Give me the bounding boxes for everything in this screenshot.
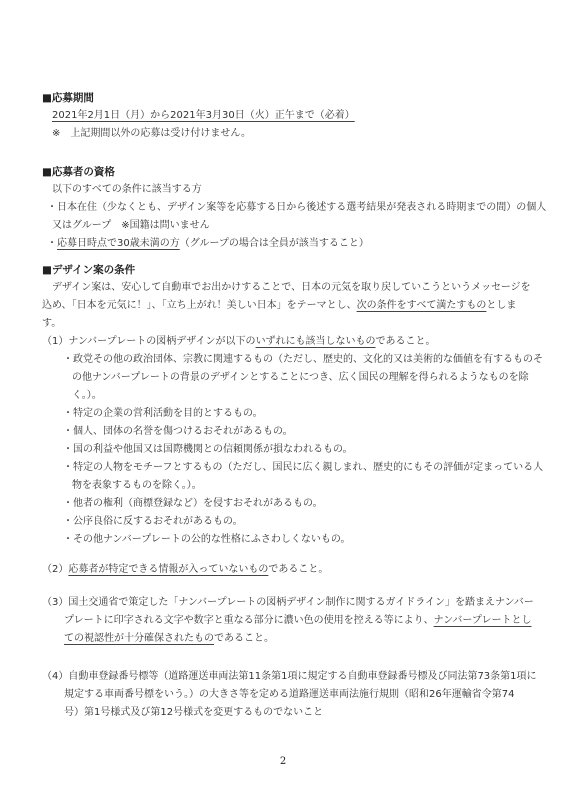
condition-3-pre: プレートに印字される文字や数字と重なる部分に濃い色の使用を控える等により、: [64, 615, 434, 626]
section-eligibility: ■応募者の資格 以下のすべての条件に該当する方 ・日本在住（少なくとも、デザイン…: [42, 163, 528, 253]
eligibility-bullet-line: ・応募日時点で30歳未満の方（グループの場合は全員が該当すること）: [42, 235, 528, 253]
condition-bullet-line: ・特定の人物をモチーフとするもの（ただし、国民に広く親しまれ、歴史的にもその評価…: [42, 459, 528, 477]
condition-bullet-line: ・個人、団体の名誉を傷つけるおそれがあるもの。: [42, 423, 528, 441]
condition-item-1: （1）ナンバープレートの図柄デザインが以下のいずれにも該当しないものであること。: [42, 333, 528, 351]
condition-item-4: （4）自動車登録番号標等（道路運送車両法第11条第1項に規定する自動車登録番号標…: [42, 668, 528, 722]
condition-3-continuation: ての視認性が十分確保されたものであること。: [42, 630, 528, 648]
eligibility-bullet-line: ・日本在住（少なくとも、デザイン案等を応募する日から後述する選考結果が発表される…: [42, 199, 528, 217]
condition-3-post: であること。: [214, 633, 274, 644]
condition-bullet-line: ・国の利益や他国又は国際機関との信頼関係が損なわれるもの。: [42, 441, 528, 459]
section-application-period: ■応募期間 2021年2月1日（月）から2021年3月30日（火）正午まで（必着…: [42, 89, 528, 143]
condition-1-pre: （1）ナンバープレートの図柄デザインが以下の: [42, 336, 256, 347]
design-paragraph-line: 込め、「日本を元気に！」、「立ち上がれ！美しい日本」をテーマとし、次の条件をすべ…: [42, 297, 528, 315]
condition-bullet-continuation: く。）。: [42, 387, 528, 405]
condition-bullet-continuation: 物を表象するものを除く。）。: [42, 477, 528, 495]
section-heading-eligibility: ■応募者の資格: [42, 163, 528, 181]
design-paragraph-post: としま: [486, 300, 516, 311]
eligibility-age-underlined: 応募日時点で30歳未満の方: [57, 238, 180, 249]
design-paragraph-line: す。: [42, 315, 528, 333]
eligibility-intro-line: 以下のすべての条件に該当する方: [42, 181, 528, 199]
eligibility-age-post: （グループの場合は全員が該当すること）: [180, 238, 369, 249]
design-paragraph-line: デザイン案は、安心して自動車でお出かけすることで、日本の元気を取り戻していこうと…: [42, 279, 528, 297]
condition-4-line: （4）自動車登録番号標等（道路運送車両法第11条第1項に規定する自動車登録番号標…: [42, 668, 528, 686]
condition-bullet-line: ・特定の企業の営利活動を目的とするもの。: [42, 405, 528, 423]
condition-3-underlined: ナンバープレートとし: [434, 615, 532, 626]
condition-bullet-continuation: の他ナンバープレートの背景のデザインとすることにつき、広く国民の理解を得られるよ…: [42, 369, 528, 387]
design-paragraph-pre: 込め、「日本を元気に！」、「立ち上がれ！美しい日本」をテーマとし、: [42, 300, 357, 311]
condition-3-line: （3）国土交通省で策定した「ナンバープレートの図柄デザイン制作に関するガイドライ…: [42, 594, 528, 612]
section-heading-period: ■応募期間: [42, 89, 528, 107]
condition-bullet-line: ・他者の権利（商標登録など）を侵すおそれがあるもの。: [42, 495, 528, 513]
condition-2-underlined: 応募者が特定できる情報が入っていないもの: [68, 564, 268, 575]
design-theme-underlined: 次の条件をすべて満たすもの: [357, 300, 487, 311]
section-design-conditions: ■デザイン案の条件 デザイン案は、安心して自動車でお出かけすることで、日本の元気…: [42, 261, 528, 722]
condition-3-underlined: ての視認性が十分確保されたもの: [64, 633, 214, 644]
condition-bullet-line: ・政党その他の政治団体、宗教に関連するもの（ただし、歴史的、文化的又は美術的な価…: [42, 351, 528, 369]
condition-4-continuation: 規定する車両番号標をいう。）の大きさ等を定める道路運送車両法施行規則（昭和26年…: [42, 686, 528, 704]
condition-1-underlined: いずれにも該当しないもの: [256, 336, 376, 347]
condition-2-marker: （2）: [42, 564, 68, 575]
condition-2-post: であること。: [268, 564, 328, 575]
condition-item-2: （2）応募者が特定できる情報が入っていないものであること。: [42, 561, 528, 579]
condition-3-continuation: プレートに印字される文字や数字と重なる部分に濃い色の使用を控える等により、ナンバ…: [42, 612, 528, 630]
period-date-underlined: 2021年2月1日（月）から2021年3月30日（火）正午まで（必着）: [52, 110, 355, 121]
condition-bullet-line: ・公序良俗に反するおそれがあるもの。: [42, 513, 528, 531]
condition-4-continuation: 号）第1号様式及び第12号様式を変更するものでないこと: [42, 704, 528, 722]
section-heading-design: ■デザイン案の条件: [42, 261, 528, 279]
page-number: 2: [0, 756, 566, 767]
eligibility-bullet-continuation: 又はグループ ※国籍は問いません: [42, 217, 528, 235]
condition-1-post: であること。: [376, 336, 436, 347]
period-note-line: ※ 上記期間以外の応募は受け付けません。: [42, 125, 528, 143]
bullet-marker: ・: [47, 238, 57, 249]
condition-bullet-line: ・その他ナンバープレートの公的な性格にふさわしくないもの。: [42, 531, 528, 549]
period-date-line: 2021年2月1日（月）から2021年3月30日（火）正午まで（必着）: [42, 107, 528, 125]
document-page: ■応募期間 2021年2月1日（月）から2021年3月30日（火）正午まで（必着…: [0, 0, 566, 800]
condition-item-3: （3）国土交通省で策定した「ナンバープレートの図柄デザイン制作に関するガイドライ…: [42, 594, 528, 648]
